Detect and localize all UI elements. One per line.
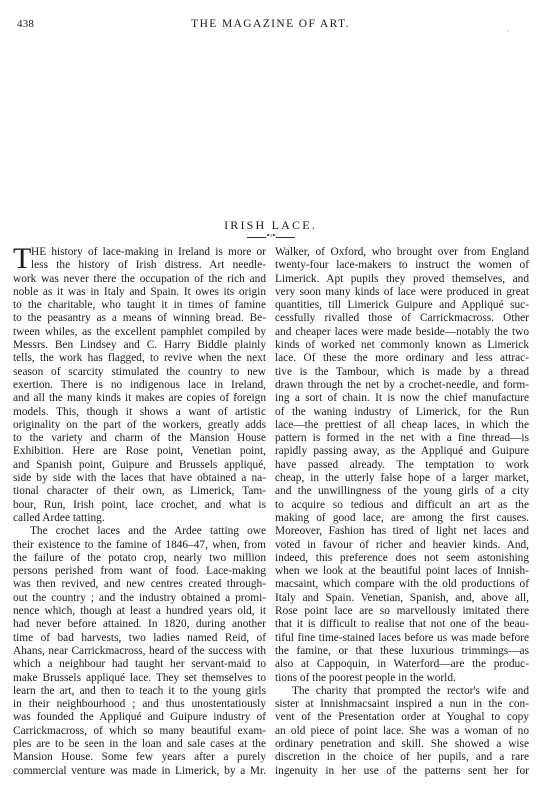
right-column: Walker, of Oxford, who brought over from… — [275, 246, 529, 778]
left-column: T HE history of lace-making in Ireland i… — [13, 246, 266, 778]
text-line: out the country ; and the industry obtai… — [13, 592, 266, 605]
text-line: ples are to be seen in the loan and sale… — [13, 738, 266, 751]
text-line: lace. Of these the more ordinary and les… — [275, 352, 529, 365]
text-line: commercial venture was made in Limerick,… — [13, 765, 266, 778]
running-head: 438 THE MAGAZINE OF ART. — [0, 18, 541, 34]
text-line: learn the art, and then to teach it to t… — [13, 685, 266, 698]
text-line: was founded the Appliqué and Guipure ind… — [13, 711, 266, 724]
text-line: Mansion House. Some few years after a pu… — [13, 751, 266, 764]
text-line: less the history of Irish distress. Art … — [13, 259, 266, 272]
text-line: in their neighbourhood ; and thus unoste… — [13, 698, 266, 711]
text-line: ordinary penetration and skill. She show… — [275, 738, 529, 751]
text-line: the famine, or that these luxurious trim… — [275, 645, 529, 658]
text-line: nence which, though at least a hundred y… — [13, 605, 266, 618]
text-line: The charity that prompted the rector's w… — [275, 685, 529, 698]
text-line: models. This, though it shows a want of … — [13, 406, 266, 419]
text-line: The crochet laces and the Ardee tatting … — [13, 525, 266, 538]
text-line: discretion in the choice of her pupils, … — [275, 751, 529, 764]
text-line: macsaint, which compare with the old pro… — [275, 578, 529, 591]
text-line: make Brussels appliqué lace. They set th… — [13, 672, 266, 685]
text-line: originality on the part of the workers, … — [13, 419, 266, 432]
text-line: vent of the Presentation order at Yougha… — [275, 711, 529, 724]
text-line: persons perished from want of food. Lace… — [13, 565, 266, 578]
text-line: tive is the Tambour, which is made by a … — [275, 366, 529, 379]
text-line: very soon many kinds of lace were produc… — [275, 286, 529, 299]
text-line: tional character of their own, as Limeri… — [13, 485, 266, 498]
text-line: an old piece of point lace. She was a wo… — [275, 725, 529, 738]
text-line: quantities, till Limerick Guipure and Ap… — [275, 299, 529, 312]
text-line: tions of the poorest people in the world… — [275, 672, 529, 685]
text-line: Carrickmacross, of which so many beautif… — [13, 725, 266, 738]
scan-speck — [507, 30, 508, 31]
text-line: side by side with the laces that have ob… — [13, 472, 266, 485]
text-line: and all the many kinds it makes are copi… — [13, 392, 266, 405]
text-line: time of bad harvests, two ladies named R… — [13, 632, 266, 645]
text-line: that it is difficult to realise that not… — [275, 618, 529, 631]
text-line: exertion. There is no indigenous lace in… — [13, 379, 266, 392]
text-line: work was never there the occupation of t… — [13, 273, 266, 286]
text-line: Rose point lace are so marvellously imit… — [275, 605, 529, 618]
text-line: HE history of lace-making in Ireland is … — [13, 246, 266, 259]
text-line: and the unwillingness of the young girls… — [275, 485, 529, 498]
text-line: when we look at the beautiful point lace… — [275, 565, 529, 578]
text-line: cheap, in the utterly false hope of a la… — [275, 472, 529, 485]
right-column-lines: Walker, of Oxford, who brought over from… — [275, 246, 529, 778]
text-line: noble as it was in Italy and Spain. It o… — [13, 286, 266, 299]
text-line: twenty-four lace-makers to instruct the … — [275, 259, 529, 272]
text-line: Limerick. Apt pupils they proved themsel… — [275, 273, 529, 286]
text-line: voted in favour of richer and heavier ki… — [275, 539, 529, 552]
text-line: Ahans, near Carrickmacross, heard of the… — [13, 645, 266, 658]
text-line: tells, the work has flagged, to revive w… — [13, 352, 266, 365]
text-line: and cheaper laces were made beside—notab… — [275, 326, 529, 339]
text-line: indeed, this preference does not seem as… — [275, 552, 529, 565]
text-line: to acquire so tedious and difficult an a… — [275, 499, 529, 512]
text-line: tween whiles, as the excellent pamphlet … — [13, 326, 266, 339]
text-line: lace—the prettiest of all cheap laces, i… — [275, 419, 529, 432]
text-line: also at Cappoquin, in Waterford—are the … — [275, 658, 529, 671]
text-line: bour, Run, Irish point, lace crochet, an… — [13, 499, 266, 512]
text-line: sister at Innishmacsaint inspired a nun … — [275, 698, 529, 711]
text-line: to the variety and charm of the Mansion … — [13, 432, 266, 445]
drop-cap: T — [13, 247, 31, 271]
text-line: kinds of worked net commonly known as Li… — [275, 339, 529, 352]
text-line: Italy and Spain. Venetian, Spanish, and,… — [275, 592, 529, 605]
magazine-title: THE MAGAZINE OF ART. — [0, 18, 541, 30]
text-line: the failure of the potato crop, nearly t… — [13, 552, 266, 565]
text-line: drawn through the net by a crochet-needl… — [275, 379, 529, 392]
text-line: season of scarcity stimulated the countr… — [13, 366, 266, 379]
text-line: of the waning industry of Limerick, for … — [275, 406, 529, 419]
text-line: pattern is formed in the net with a fine… — [275, 432, 529, 445]
text-line: cessfully rivalled those of Carrickmacro… — [275, 312, 529, 325]
text-line: have passed already. The temptation to w… — [275, 459, 529, 472]
text-line: which a neighbour had taught her servant… — [13, 658, 266, 671]
text-line: Messrs. Ben Lindsey and C. Harry Biddle … — [13, 339, 266, 352]
text-line: Moreover, Fashion has tired of light net… — [275, 525, 529, 538]
text-line: was then revived, and new centres create… — [13, 578, 266, 591]
text-line: Exhibition. Here are Rose point, Venetia… — [13, 445, 266, 458]
text-line: ingenuity in her use of the patterns sen… — [275, 765, 529, 778]
text-line: ing a sort of chain. It is now the chief… — [275, 392, 529, 405]
text-line: making of good lace, are among the first… — [275, 512, 529, 525]
text-line: and Spanish point, Guipure and Brussels … — [13, 459, 266, 472]
left-column-lines: HE history of lace-making in Ireland is … — [13, 246, 266, 778]
text-line: called Ardee tatting. — [13, 512, 266, 525]
text-line: to the peasantry as a means of winning b… — [13, 312, 266, 325]
text-line: to the charitable, who taught it in time… — [13, 299, 266, 312]
text-line: Walker, of Oxford, who brought over from… — [275, 246, 529, 259]
title-ornament-icon: •◦• — [247, 235, 295, 241]
text-line: their existence to the famine of 1846–47… — [13, 539, 266, 552]
text-line: rapidly passing away, as the Appliqué an… — [275, 445, 529, 458]
text-line: tiful fine time-stained laces before us … — [275, 632, 529, 645]
text-line: had never before attained. In 1820, duri… — [13, 618, 266, 631]
